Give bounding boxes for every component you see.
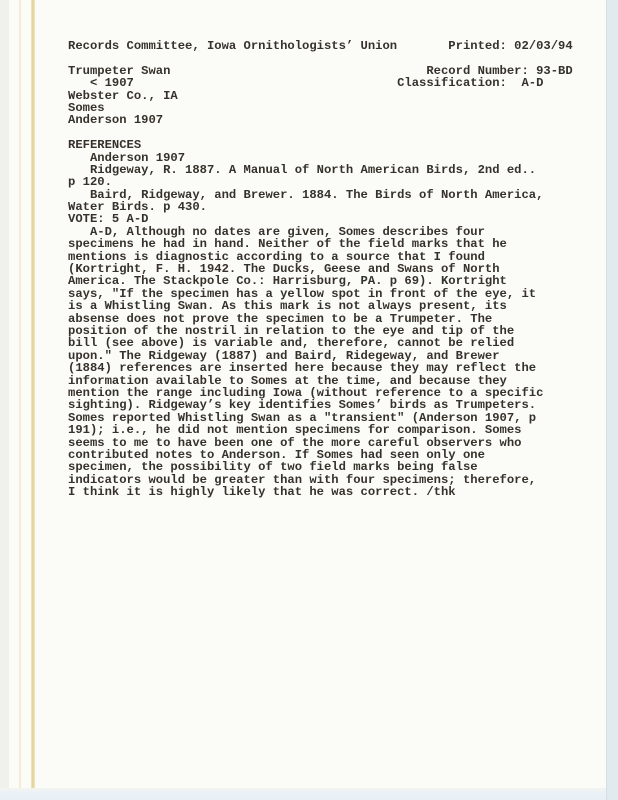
- scan-bottom-edge: [0, 788, 618, 800]
- typewritten-text-block: Records Committee, Iowa Ornithologists’ …: [68, 40, 573, 498]
- paper-crease-line: [19, 0, 21, 792]
- comment-line: bill (see above) is variable and, theref…: [68, 337, 573, 349]
- comment-line: I think it is highly likely that he was …: [68, 486, 573, 498]
- date-and-classification: < 1907 Classification: A-D: [68, 77, 573, 89]
- comment-line: 191); i.e., he did not mention specimens…: [68, 424, 573, 436]
- vote-line: VOTE: 5 A-D: [68, 213, 573, 225]
- comment-line: specimen, the possibility of two field m…: [68, 461, 573, 473]
- scan-left-paper-edge: [0, 0, 9, 800]
- comment-line: America. The Stackpole Co.: Harrisburg, …: [68, 275, 573, 287]
- paper-margin-line: [31, 0, 35, 792]
- citation-line: Anderson 1907: [68, 114, 573, 126]
- comment-line: is a Whistling Swan. As this mark is not…: [68, 300, 573, 312]
- blank-line: [68, 52, 573, 64]
- comment-line: sighting). Ridgeway’s key identifies Som…: [68, 399, 573, 411]
- scanned-document-page: Records Committee, Iowa Ornithologists’ …: [0, 0, 618, 800]
- comment-line: specimens he had in hand. Neither of the…: [68, 238, 573, 250]
- comment-line: (1884) references are inserted here beca…: [68, 362, 573, 374]
- blank-line: [68, 127, 573, 139]
- scan-right-edge: [606, 0, 618, 800]
- references-heading: REFERENCES: [68, 139, 573, 151]
- reference-ridgeway: Ridgeway, R. 1887. A Manual of North Ame…: [68, 164, 573, 176]
- header-printed-line: Records Committee, Iowa Ornithologists’ …: [68, 40, 573, 52]
- reference-ridgeway-cont: p 120.: [68, 176, 573, 188]
- county-line: Webster Co., IA: [68, 90, 573, 102]
